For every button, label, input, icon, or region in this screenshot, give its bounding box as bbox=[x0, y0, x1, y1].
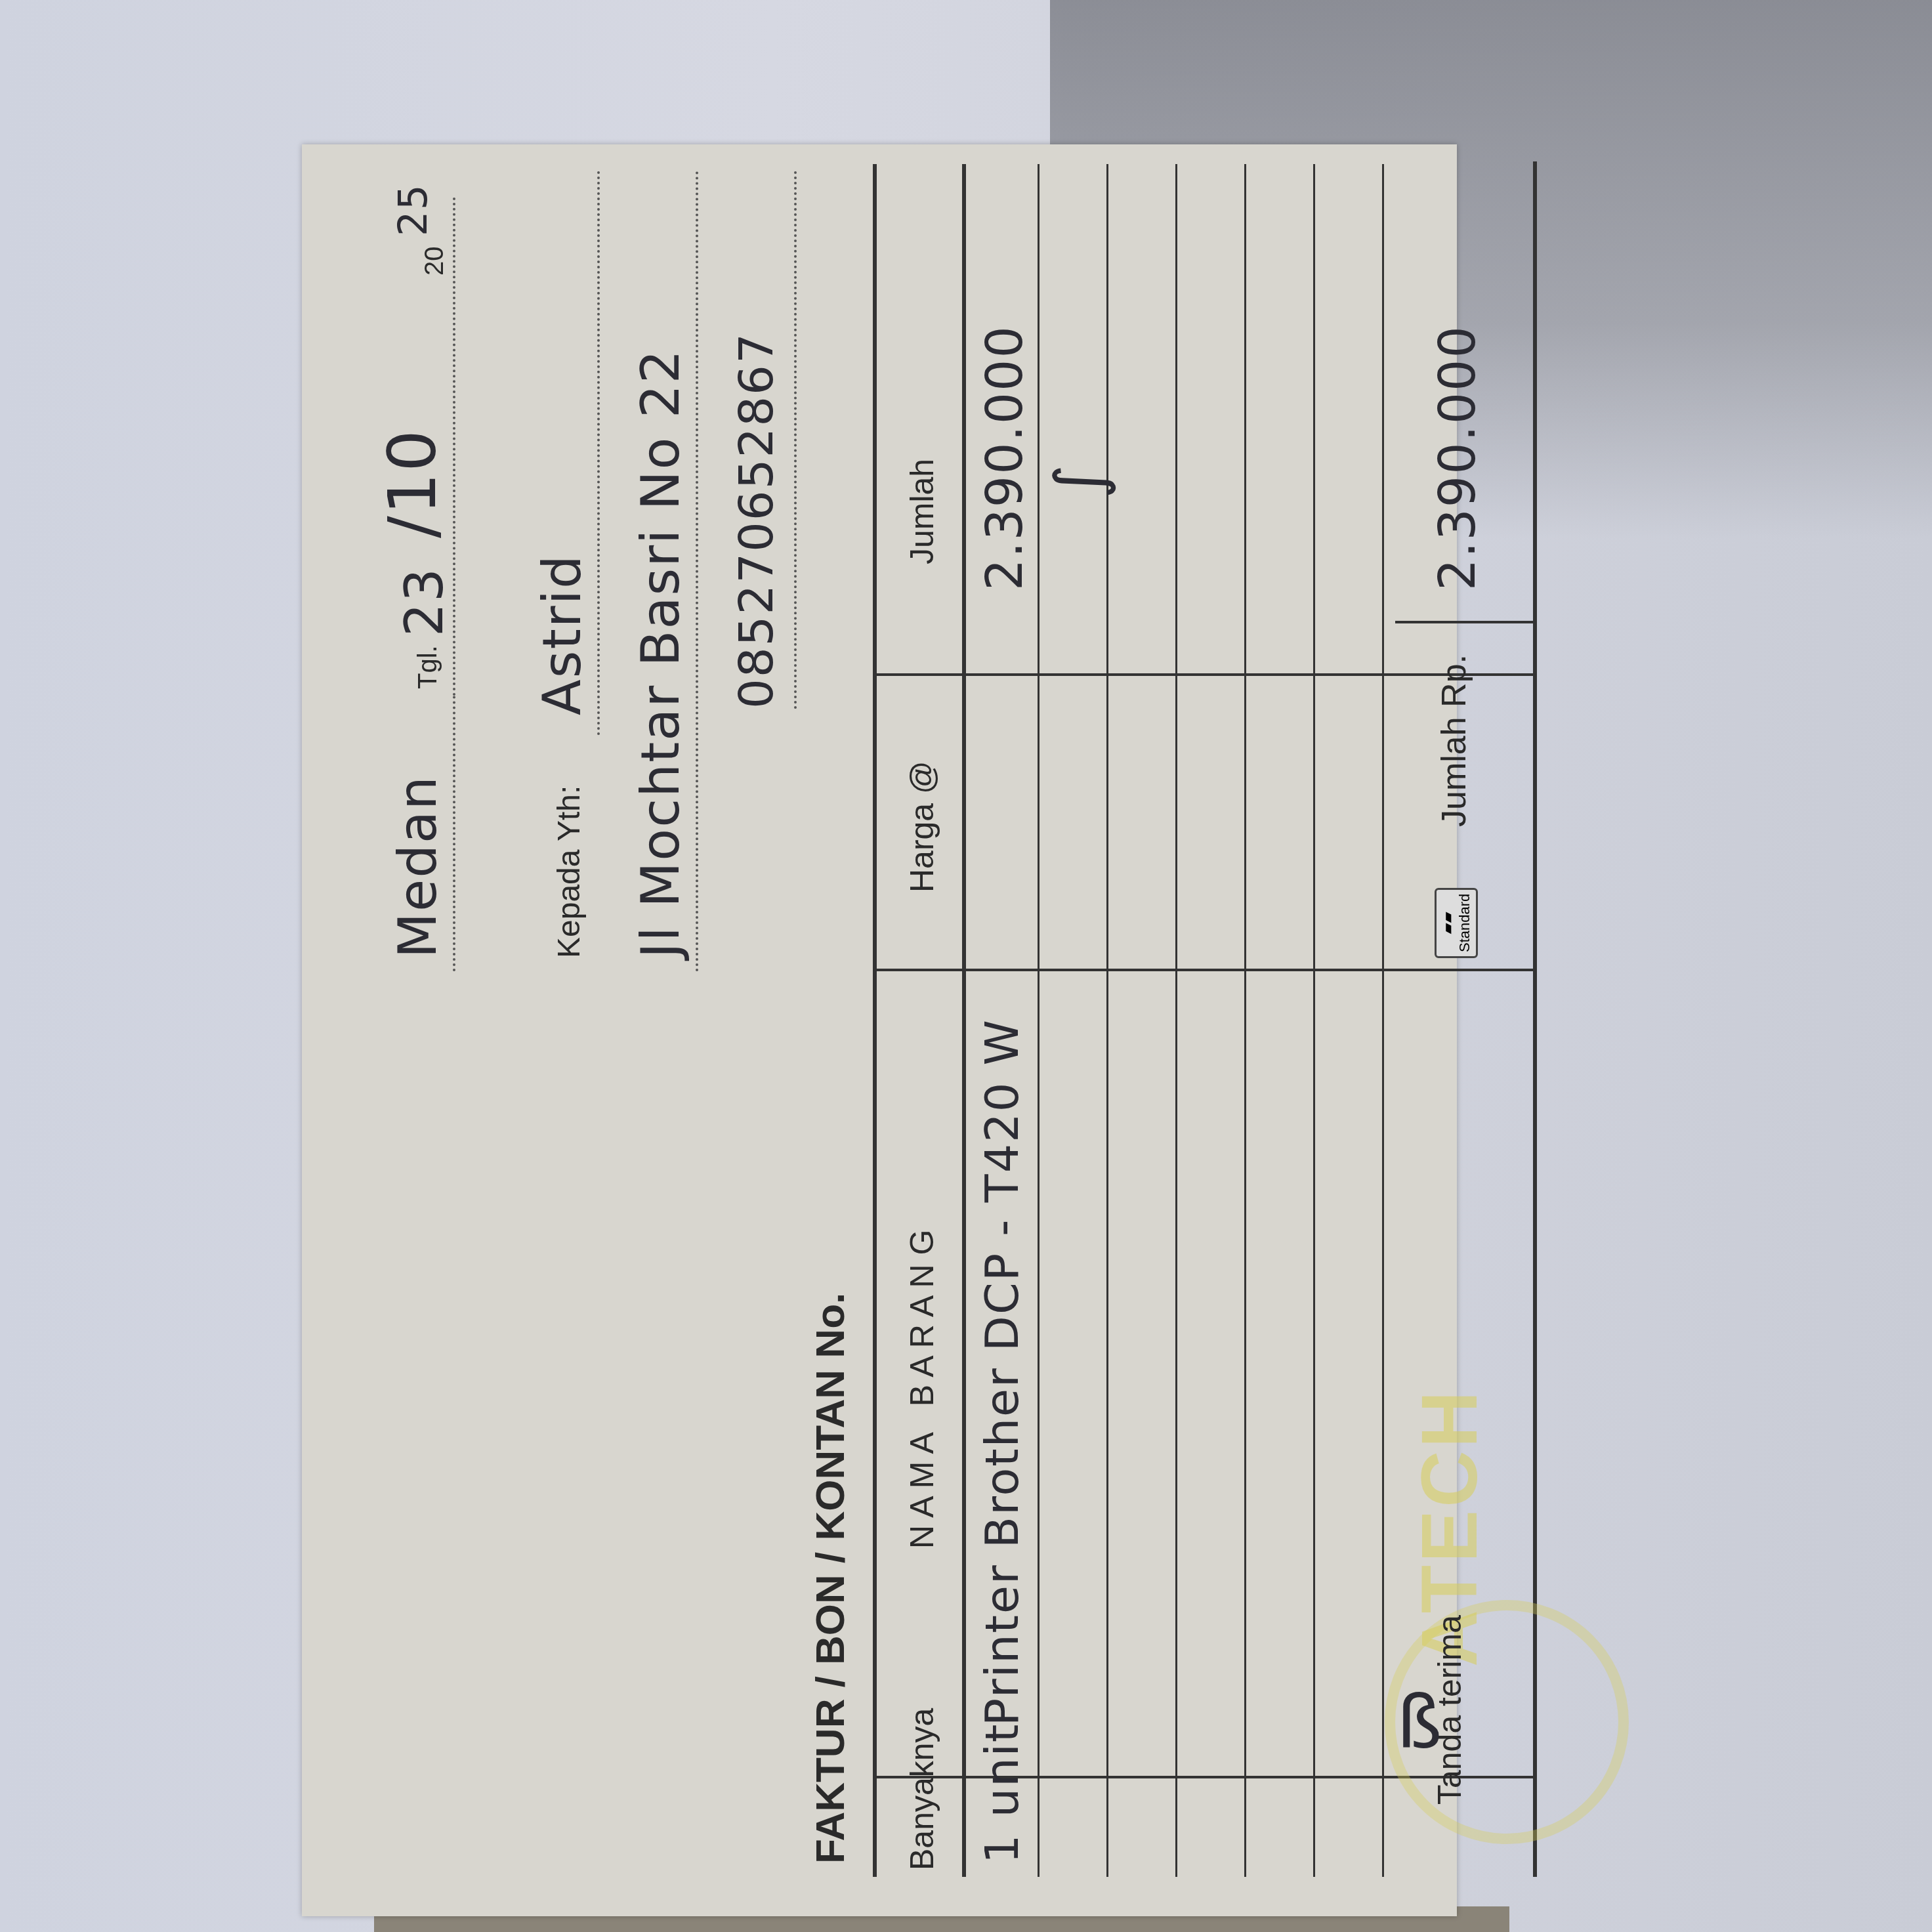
row-qty: 1 unit bbox=[975, 1723, 1029, 1864]
document-title: FAKTUR / BON / KONTAN No. bbox=[807, 1293, 854, 1864]
recipient-name: Astrid bbox=[532, 554, 593, 715]
header-price: Harga @ bbox=[903, 761, 941, 892]
total-box bbox=[1395, 161, 1537, 623]
row-item: Printer Brother DCP - T420 W bbox=[975, 1018, 1029, 1726]
recipient-phone: 085270652867 bbox=[728, 332, 784, 709]
header-item: N A M A B A R A N G bbox=[903, 1230, 941, 1549]
date-day: 23 bbox=[394, 567, 455, 637]
row-amount: 2.390.000 bbox=[975, 325, 1034, 591]
recipient-address: Jl Mochtar Basri No 22 bbox=[630, 348, 691, 958]
year-suffix: 25 bbox=[390, 184, 436, 236]
phone-line bbox=[794, 171, 797, 709]
header-qty: Banyaknya bbox=[903, 1708, 941, 1870]
continuation-mark: ∫ bbox=[1041, 463, 1118, 499]
date-line bbox=[453, 197, 455, 696]
year-prefix: 20 bbox=[420, 247, 450, 276]
city: Medan bbox=[387, 775, 448, 958]
city-line bbox=[453, 696, 455, 971]
recipient-label: Kepada Yth: bbox=[551, 786, 587, 958]
header-amount: Jumlah bbox=[903, 459, 941, 564]
receipt-paper: Medan Tgl. 23 /10 20 25 Kepada Yth: Astr… bbox=[302, 144, 1457, 1916]
standard-logo: ▰▰ Standard bbox=[1435, 888, 1478, 958]
logo-icon: ▰▰ bbox=[1439, 894, 1456, 952]
recipient-line bbox=[597, 171, 600, 735]
address-line bbox=[696, 171, 698, 971]
total-label: Jumlah Rp. bbox=[1435, 654, 1474, 827]
date-label: Tgl. bbox=[413, 645, 443, 689]
date-month: /10 bbox=[374, 429, 451, 538]
signature: ß bbox=[1396, 1680, 1443, 1764]
